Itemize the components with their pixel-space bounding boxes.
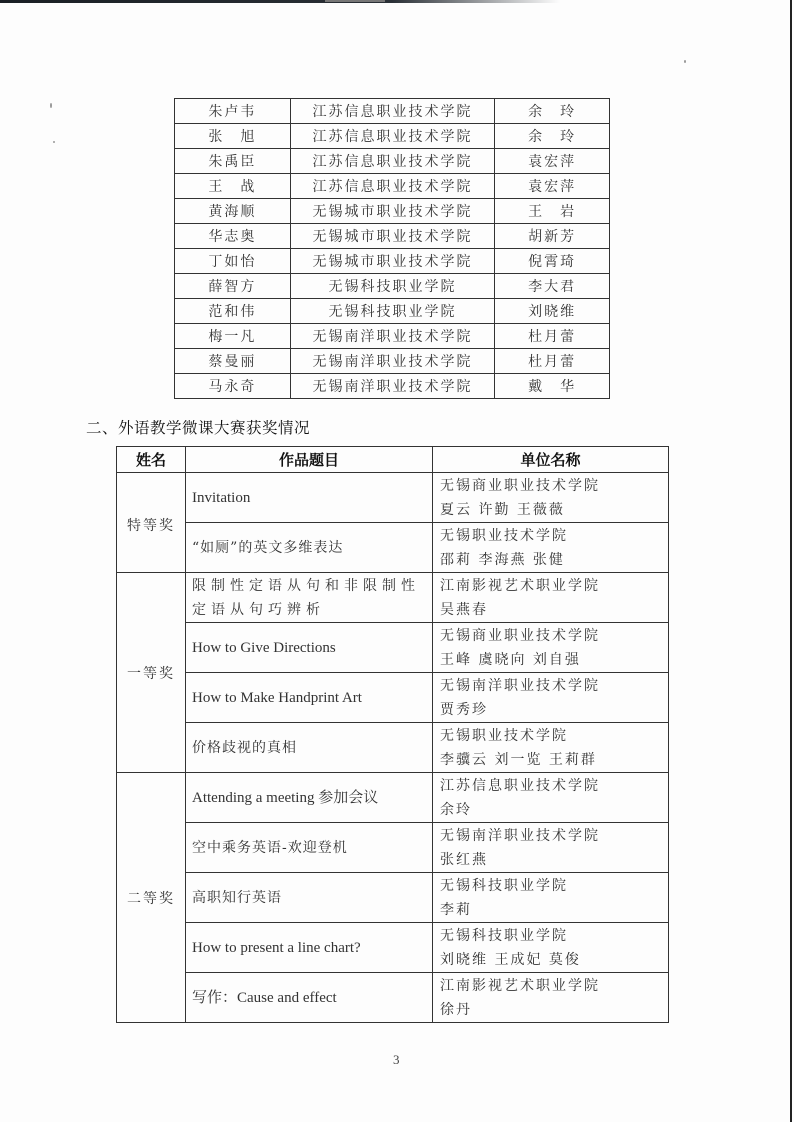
unit-cell: 无锡商业职业技术学院王峰 虞晓向 刘自强	[433, 623, 669, 673]
unit-cell: 无锡南洋职业技术学院贾秀珍	[433, 673, 669, 723]
school-name: 无锡城市职业技术学院	[290, 249, 494, 274]
scan-edge-top-mark	[325, 0, 385, 2]
award-level: 二等奖	[117, 773, 186, 1023]
award-level: 一等奖	[117, 573, 186, 773]
teacher-name: 袁宏萍	[495, 174, 610, 199]
student-name: 朱卢韦	[175, 99, 291, 124]
table-row: How to Give Directions 无锡商业职业技术学院王峰 虞晓向 …	[117, 623, 669, 673]
unit-cell: 无锡科技职业学院李莉	[433, 873, 669, 923]
table-row: 薛智方 无锡科技职业学院 李大君	[175, 274, 610, 299]
student-name: 梅一凡	[175, 324, 291, 349]
teacher-name: 杜月蕾	[495, 324, 610, 349]
teacher-name: 杜月蕾	[495, 349, 610, 374]
school-name: 无锡南洋职业技术学院	[290, 349, 494, 374]
table-row: 蔡曼丽 无锡南洋职业技术学院 杜月蕾	[175, 349, 610, 374]
unit-cell: 江苏信息职业技术学院余玲	[433, 773, 669, 823]
work-title: “如厕”的英文多维表达	[186, 523, 433, 573]
student-name: 范和伟	[175, 299, 291, 324]
table-row: 丁如怡 无锡城市职业技术学院 倪霄琦	[175, 249, 610, 274]
work-title: 写作：Cause and effect	[186, 973, 433, 1023]
teacher-name: 袁宏萍	[495, 149, 610, 174]
table-row: 价格歧视的真相 无锡职业技术学院李骥云 刘一览 王莉群	[117, 723, 669, 773]
school-name: 无锡城市职业技术学院	[290, 199, 494, 224]
scan-edge-right	[790, 0, 792, 1122]
table-row: 特等奖 Invitation 无锡商业职业技术学院夏云 许勤 王薇薇	[117, 473, 669, 523]
unit-members: 吴燕春	[440, 598, 668, 622]
student-name: 黄海顺	[175, 199, 291, 224]
unit-members: 李骥云 刘一览 王莉群	[440, 748, 668, 772]
school-name: 江苏信息职业技术学院	[290, 99, 494, 124]
teacher-name: 刘晓维	[495, 299, 610, 324]
teacher-name: 胡新芳	[495, 224, 610, 249]
column-header-title: 作品题目	[186, 447, 433, 473]
section-heading: 二、外语教学微课大赛获奖情况	[86, 416, 310, 438]
unit-members: 张红燕	[440, 848, 668, 872]
table-row: 王 战 江苏信息职业技术学院 袁宏萍	[175, 174, 610, 199]
table-row: 张 旭 江苏信息职业技术学院 余 玲	[175, 124, 610, 149]
table-header-row: 姓名 作品题目 单位名称	[117, 447, 669, 473]
table-row: 马永奇 无锡南洋职业技术学院 戴 华	[175, 374, 610, 399]
work-title: Invitation	[186, 473, 433, 523]
unit-name: 无锡职业技术学院	[440, 724, 668, 748]
unit-cell: 无锡商业职业技术学院夏云 许勤 王薇薇	[433, 473, 669, 523]
student-name: 王 战	[175, 174, 291, 199]
table-row: “如厕”的英文多维表达 无锡职业技术学院邵莉 李海燕 张健	[117, 523, 669, 573]
student-name: 丁如怡	[175, 249, 291, 274]
teacher-name: 王 岩	[495, 199, 610, 224]
table-row: 二等奖 Attending a meeting 参加会议 江苏信息职业技术学院余…	[117, 773, 669, 823]
school-name: 无锡科技职业学院	[290, 274, 494, 299]
school-name: 无锡科技职业学院	[290, 299, 494, 324]
student-name: 薛智方	[175, 274, 291, 299]
unit-name: 无锡商业职业技术学院	[440, 624, 668, 648]
unit-members: 王峰 虞晓向 刘自强	[440, 648, 668, 672]
work-title: 价格歧视的真相	[186, 723, 433, 773]
unit-name: 江南影视艺术职业学院	[440, 974, 668, 998]
student-name: 华志奥	[175, 224, 291, 249]
column-header-unit: 单位名称	[433, 447, 669, 473]
school-name: 江苏信息职业技术学院	[290, 174, 494, 199]
unit-name: 江苏信息职业技术学院	[440, 774, 668, 798]
unit-name: 无锡科技职业学院	[440, 874, 668, 898]
student-name: 蔡曼丽	[175, 349, 291, 374]
table-row: 朱禹臣 江苏信息职业技术学院 袁宏萍	[175, 149, 610, 174]
unit-members: 余玲	[440, 798, 668, 822]
work-title: 限制性定语从句和非限制性定语从句巧辨析	[186, 573, 433, 623]
unit-cell: 无锡职业技术学院李骥云 刘一览 王莉群	[433, 723, 669, 773]
table-row: 梅一凡 无锡南洋职业技术学院 杜月蕾	[175, 324, 610, 349]
student-name: 马永奇	[175, 374, 291, 399]
work-title: How to Make Handprint Art	[186, 673, 433, 723]
table-row: 高职知行英语 无锡科技职业学院李莉	[117, 873, 669, 923]
unit-cell: 江南影视艺术职业学院吴燕春	[433, 573, 669, 623]
unit-members: 刘晓维 王成妃 莫俊	[440, 948, 668, 972]
unit-cell: 江南影视艺术职业学院徐丹	[433, 973, 669, 1023]
student-name: 张 旭	[175, 124, 291, 149]
teacher-name: 戴 华	[495, 374, 610, 399]
unit-cell: 无锡职业技术学院邵莉 李海燕 张健	[433, 523, 669, 573]
table-row: How to Make Handprint Art 无锡南洋职业技术学院贾秀珍	[117, 673, 669, 723]
school-name: 无锡南洋职业技术学院	[290, 374, 494, 399]
teacher-name: 余 玲	[495, 124, 610, 149]
unit-name: 无锡职业技术学院	[440, 524, 668, 548]
work-title: Attending a meeting 参加会议	[186, 773, 433, 823]
school-name: 无锡南洋职业技术学院	[290, 324, 494, 349]
unit-members: 夏云 许勤 王薇薇	[440, 498, 668, 522]
table-row: How to present a line chart? 无锡科技职业学院刘晓维…	[117, 923, 669, 973]
table-row: 黄海顺 无锡城市职业技术学院 王 岩	[175, 199, 610, 224]
table-row: 华志奥 无锡城市职业技术学院 胡新芳	[175, 224, 610, 249]
unit-name: 江南影视艺术职业学院	[440, 574, 668, 598]
unit-cell: 无锡南洋职业技术学院张红燕	[433, 823, 669, 873]
award-level: 特等奖	[117, 473, 186, 573]
work-title: How to present a line chart?	[186, 923, 433, 973]
table-row: 范和伟 无锡科技职业学院 刘晓维	[175, 299, 610, 324]
work-title: How to Give Directions	[186, 623, 433, 673]
table-row: 一等奖 限制性定语从句和非限制性定语从句巧辨析 江南影视艺术职业学院吴燕春	[117, 573, 669, 623]
unit-members: 贾秀珍	[440, 698, 668, 722]
teacher-name: 余 玲	[495, 99, 610, 124]
student-name: 朱禹臣	[175, 149, 291, 174]
table-row: 写作：Cause and effect 江南影视艺术职业学院徐丹	[117, 973, 669, 1023]
unit-cell: 无锡科技职业学院刘晓维 王成妃 莫俊	[433, 923, 669, 973]
column-header-name: 姓名	[117, 447, 186, 473]
school-name: 江苏信息职业技术学院	[290, 124, 494, 149]
scan-edge-top	[0, 0, 560, 3]
table-row: 朱卢韦 江苏信息职业技术学院 余 玲	[175, 99, 610, 124]
work-title: 高职知行英语	[186, 873, 433, 923]
unit-name: 无锡南洋职业技术学院	[440, 674, 668, 698]
unit-name: 无锡商业职业技术学院	[440, 474, 668, 498]
unit-members: 徐丹	[440, 998, 668, 1022]
scan-speck	[684, 60, 686, 63]
school-name: 无锡城市职业技术学院	[290, 224, 494, 249]
work-title: 空中乘务英语-欢迎登机	[186, 823, 433, 873]
award-table-continued: 朱卢韦 江苏信息职业技术学院 余 玲 张 旭 江苏信息职业技术学院 余 玲 朱禹…	[174, 98, 610, 399]
table-row: 空中乘务英语-欢迎登机 无锡南洋职业技术学院张红燕	[117, 823, 669, 873]
scan-speck	[53, 141, 55, 143]
unit-members: 邵莉 李海燕 张健	[440, 548, 668, 572]
school-name: 江苏信息职业技术学院	[290, 149, 494, 174]
award-label: 特等奖	[117, 473, 185, 535]
teacher-name: 倪霄琦	[495, 249, 610, 274]
scan-speck	[50, 103, 52, 108]
unit-members: 李莉	[440, 898, 668, 922]
unit-name: 无锡科技职业学院	[440, 924, 668, 948]
unit-name: 无锡南洋职业技术学院	[440, 824, 668, 848]
micro-lesson-award-table: 姓名 作品题目 单位名称 特等奖 Invitation 无锡商业职业技术学院夏云…	[116, 446, 669, 1023]
teacher-name: 李大君	[495, 274, 610, 299]
page-number: 3	[393, 1052, 400, 1068]
